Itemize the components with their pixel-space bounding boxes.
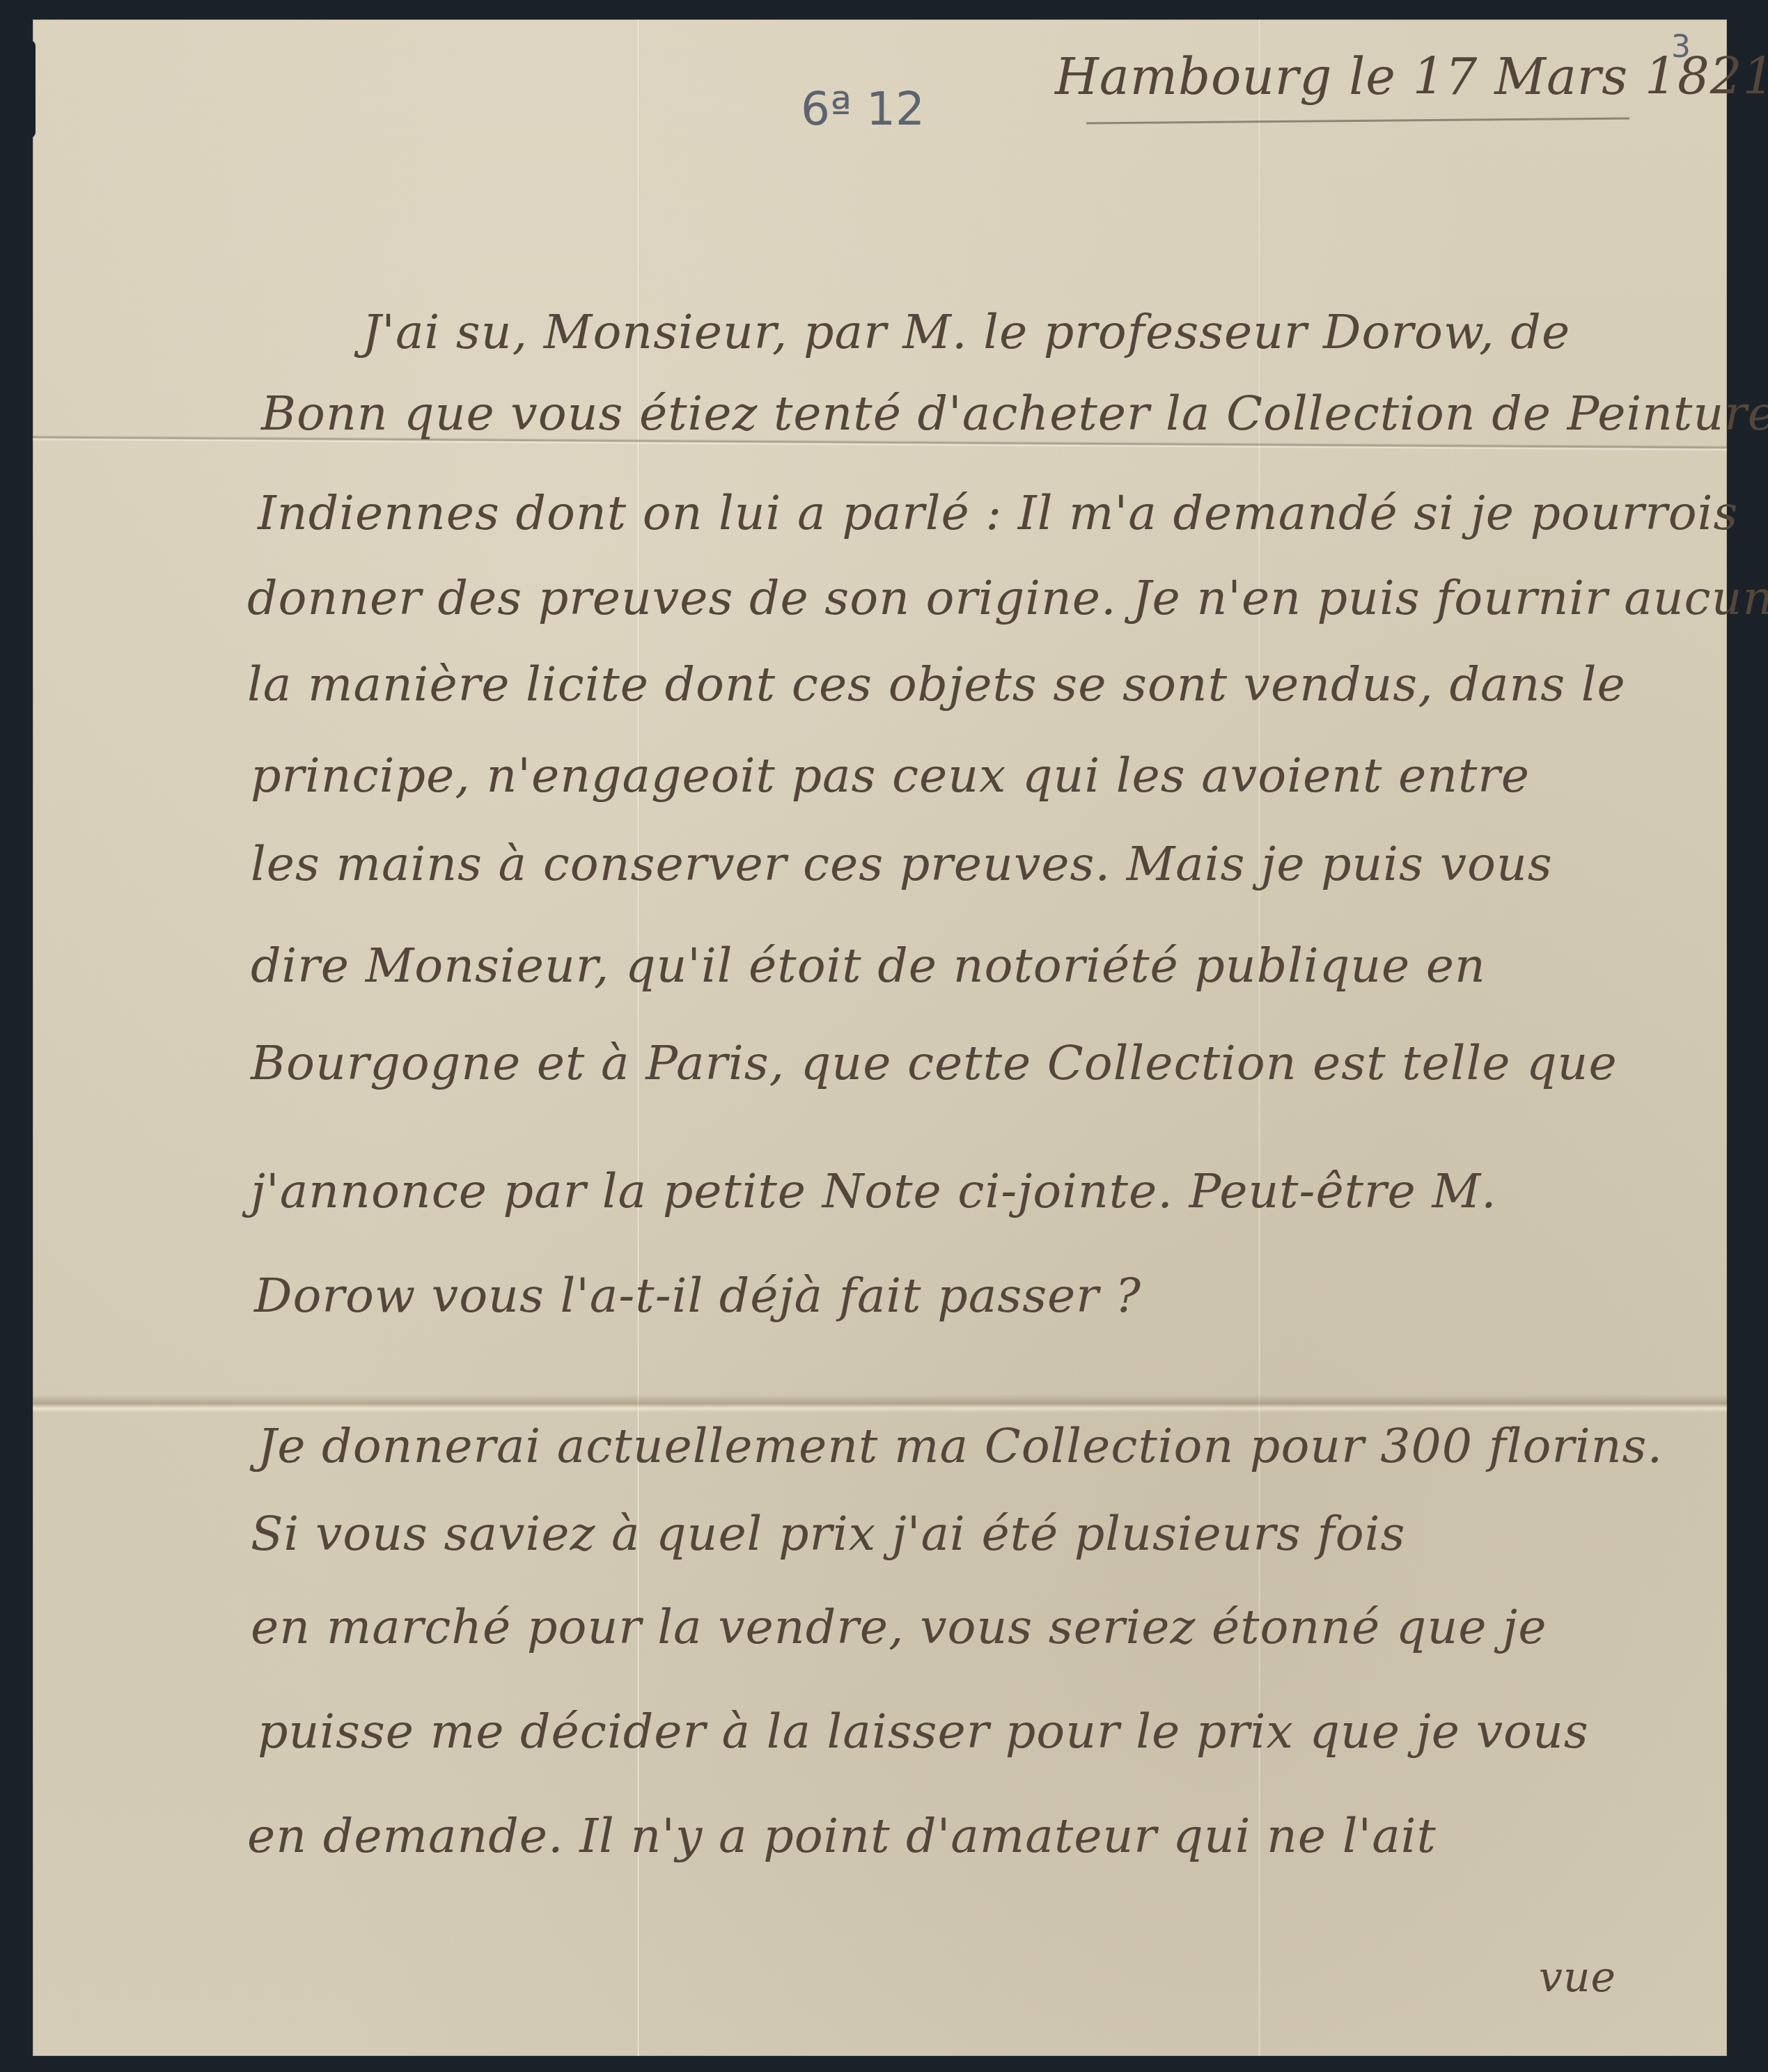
letter-line-10: j'annonce par la petite Note ci-jointe. … [251, 1164, 1497, 1219]
letter-line-9: Bourgogne et à Paris, que cette Collecti… [251, 1036, 1618, 1091]
dateline: Hambourg le 17 Mars 1821, [1055, 47, 1768, 106]
letter-line-12: Je donnerai actuellement ma Collection p… [258, 1419, 1663, 1474]
letter-line-8: dire Monsieur, qu'il étoit de notoriété … [251, 939, 1486, 994]
letter-line-15: puisse me décider à la laisser pour le p… [258, 1704, 1589, 1759]
letter-line-5: la manière licite dont ces objets se son… [247, 657, 1626, 712]
letter-line-7: les mains à conserver ces preuves. Mais … [251, 837, 1553, 892]
catchword: vue [1539, 1953, 1616, 2002]
letter-line-2: Bonn que vous étiez tenté d'acheter la C… [261, 386, 1768, 441]
letter-line-1: J'ai su, Monsieur, par M. le professeur … [362, 305, 1570, 360]
letter-line-13: Si vous saviez à quel prix j'ai été plus… [251, 1507, 1405, 1562]
middle-fold-crease [33, 1395, 1727, 1413]
letter-line-4: donner des preuves de son origine. Je n'… [247, 571, 1768, 626]
letter-line-14: en marché pour la vendre, vous seriez ét… [251, 1600, 1547, 1655]
letter-line-16: en demande. Il n'y a point d'amateur qui… [247, 1809, 1437, 1864]
pencil-annotation: 6ª 12 [801, 82, 925, 136]
letter-line-11: Dorow vous l'a-t-il déjà fait passer ? [254, 1269, 1141, 1324]
letter-line-3: Indiennes dont on lui a parlé : Il m'a d… [258, 486, 1738, 541]
letter-line-6: principe, n'engageoit pas ceux qui les a… [251, 748, 1530, 803]
